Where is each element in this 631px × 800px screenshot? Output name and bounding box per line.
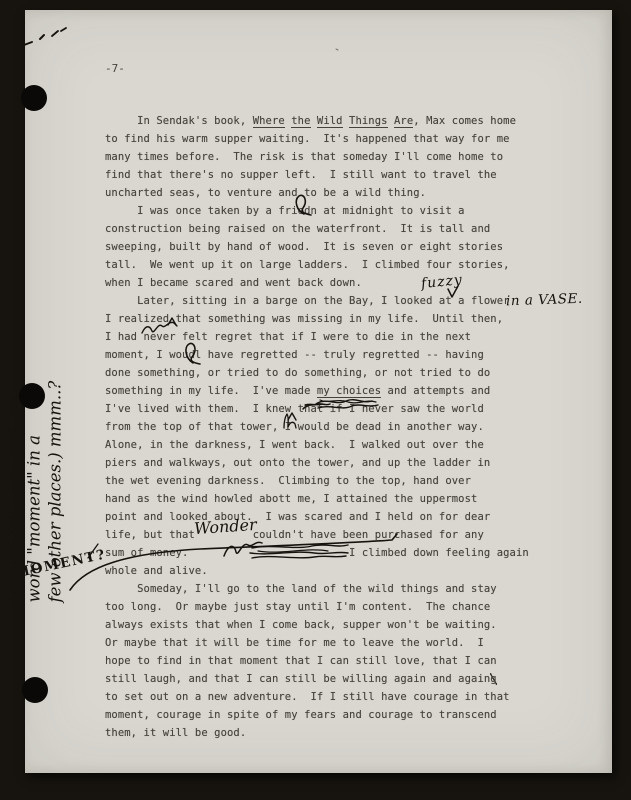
typed-line: when I became scared and went back down. bbox=[105, 274, 529, 292]
typed-line: I had never felt regret that if I were t… bbox=[105, 328, 529, 346]
typed-line: many times before. The risk is that some… bbox=[105, 148, 529, 166]
hole-punch-middle bbox=[19, 383, 45, 409]
typed-line: uncharted seas, to venture and to be a w… bbox=[105, 184, 529, 202]
typed-line: hope to find in that moment that I can s… bbox=[105, 652, 529, 670]
typed-line: from the top of that tower, I would be d… bbox=[105, 418, 529, 436]
typed-line: whole and alive. bbox=[105, 562, 529, 580]
typed-line: construction being raised on the waterfr… bbox=[105, 220, 529, 238]
typed-line: to set out on a new adventure. If I stil… bbox=[105, 688, 529, 706]
typed-line: hand as the wind howled abott me, I atta… bbox=[105, 490, 529, 508]
typed-line: them, it will be good. bbox=[105, 724, 529, 742]
hole-punch-top bbox=[21, 85, 47, 111]
typed-line: In Sendak's book, Where the Wild Things … bbox=[105, 112, 529, 130]
typed-line: I was once taken by a friedn at midnight… bbox=[105, 202, 529, 220]
typed-line: sum of money. I climbed down feeling aga… bbox=[105, 544, 529, 562]
typed-line: always exists that when I come back, sup… bbox=[105, 616, 529, 634]
typed-line: Alone, in the darkness, I went back. I w… bbox=[105, 436, 529, 454]
typed-line: the wet evening darkness. Climbing to th… bbox=[105, 472, 529, 490]
handwritten-insertion-in-a-vase: in a VASE. bbox=[506, 291, 583, 310]
typed-line: find that there's no supper left. I stil… bbox=[105, 166, 529, 184]
typed-line: still laugh, and that I can still be wil… bbox=[105, 670, 529, 688]
margin-note-line: word "moment" in a bbox=[24, 288, 45, 603]
typed-body: In Sendak's book, Where the Wild Things … bbox=[105, 112, 529, 742]
typed-line: too long. Or maybe just stay until I'm c… bbox=[105, 598, 529, 616]
margin-note-handwritten: (maybe not - i'd used theword "moment" i… bbox=[3, 288, 65, 603]
typed-line: piers and walkways, out onto the tower, … bbox=[105, 454, 529, 472]
typed-line: Someday, I'll go to the land of the wild… bbox=[105, 580, 529, 598]
typed-line: I've lived with them. I knew that if I n… bbox=[105, 400, 529, 418]
typed-line: moment, courage in spite of my fears and… bbox=[105, 706, 529, 724]
typed-line: sweeping, built by hand of wood. It is s… bbox=[105, 238, 529, 256]
typed-line: Later, sitting in a barge on the Bay, I … bbox=[105, 292, 529, 310]
margin-note-line: (maybe not - i'd used the bbox=[3, 288, 24, 603]
scanned-typewritten-page: -7- In Sendak's book, Where the Wild Thi… bbox=[0, 0, 631, 800]
typed-line: tall. We went up it on large ladders. I … bbox=[105, 256, 529, 274]
typed-line: moment, I woudl have regretted -- truly … bbox=[105, 346, 529, 364]
typed-line: done something, or tried to do something… bbox=[105, 364, 529, 382]
typed-line: Or maybe that it will be time for me to … bbox=[105, 634, 529, 652]
page-number: -7- bbox=[105, 62, 125, 76]
typed-line: point and looked about. I was scared and… bbox=[105, 508, 529, 526]
hole-punch-bottom bbox=[22, 677, 48, 703]
typed-line: something in my life. I've made my choic… bbox=[105, 382, 529, 400]
typed-line: I realized that something was missing in… bbox=[105, 310, 529, 328]
typed-line: to find his warm supper waiting. It's ha… bbox=[105, 130, 529, 148]
typed-line: life, but that couldn't have been purcha… bbox=[105, 526, 529, 544]
